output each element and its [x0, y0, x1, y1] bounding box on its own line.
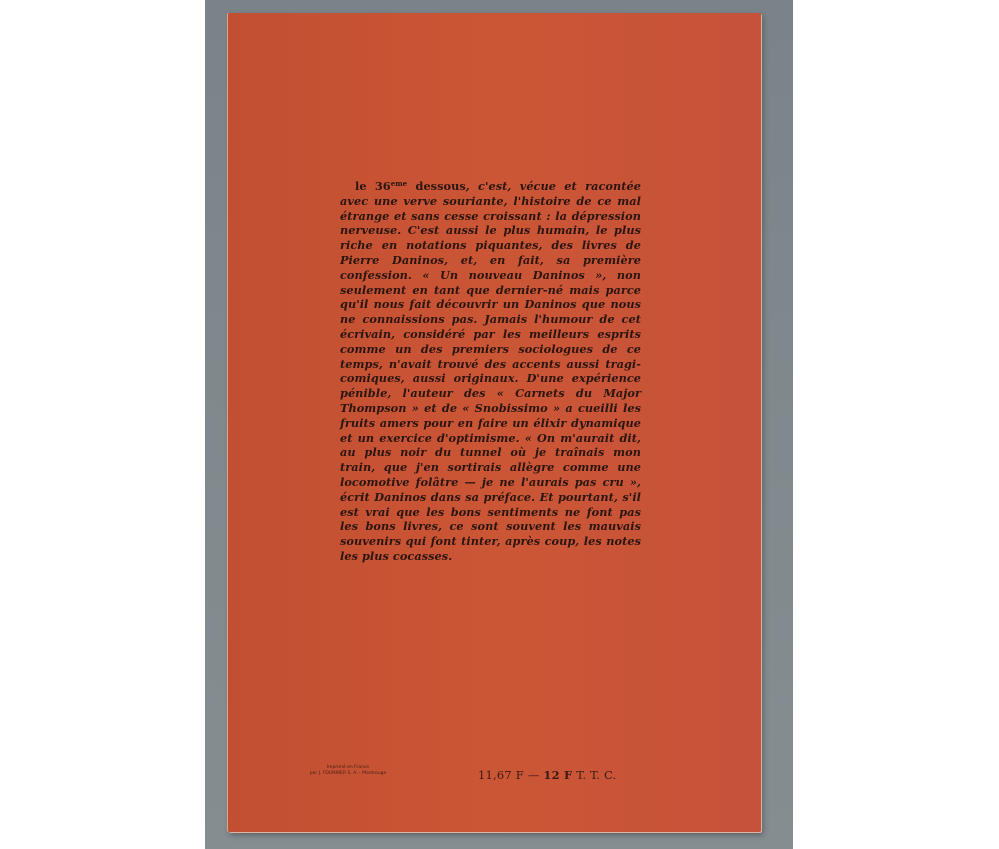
price-separator: — — [524, 768, 543, 782]
blurb-title-prefix: le 36 — [355, 179, 391, 193]
blurb-title-suffix: dessous — [407, 179, 466, 193]
book-back-cover: le 36eme dessous, c'est, vécue et racont… — [228, 13, 761, 832]
imprint-line-2: par J. FOURNIER S. A. - Montrouge — [268, 771, 428, 777]
price-ttc-label: T. T. C. — [572, 768, 616, 782]
blurb-body: , c'est, vécue et racontée avec une verv… — [340, 179, 641, 563]
back-cover-blurb: le 36eme dessous, c'est, vécue et racont… — [340, 179, 641, 564]
price-net: 11,67 F — [478, 768, 524, 782]
blurb-title-superscript: eme — [391, 179, 407, 188]
price-label: 11,67 F — 12 F T. T. C. — [478, 768, 616, 782]
printer-imprint: Imprimé en France par J. FOURNIER S. A. … — [268, 765, 428, 777]
price-ttc-amount: 12 F — [543, 768, 572, 782]
